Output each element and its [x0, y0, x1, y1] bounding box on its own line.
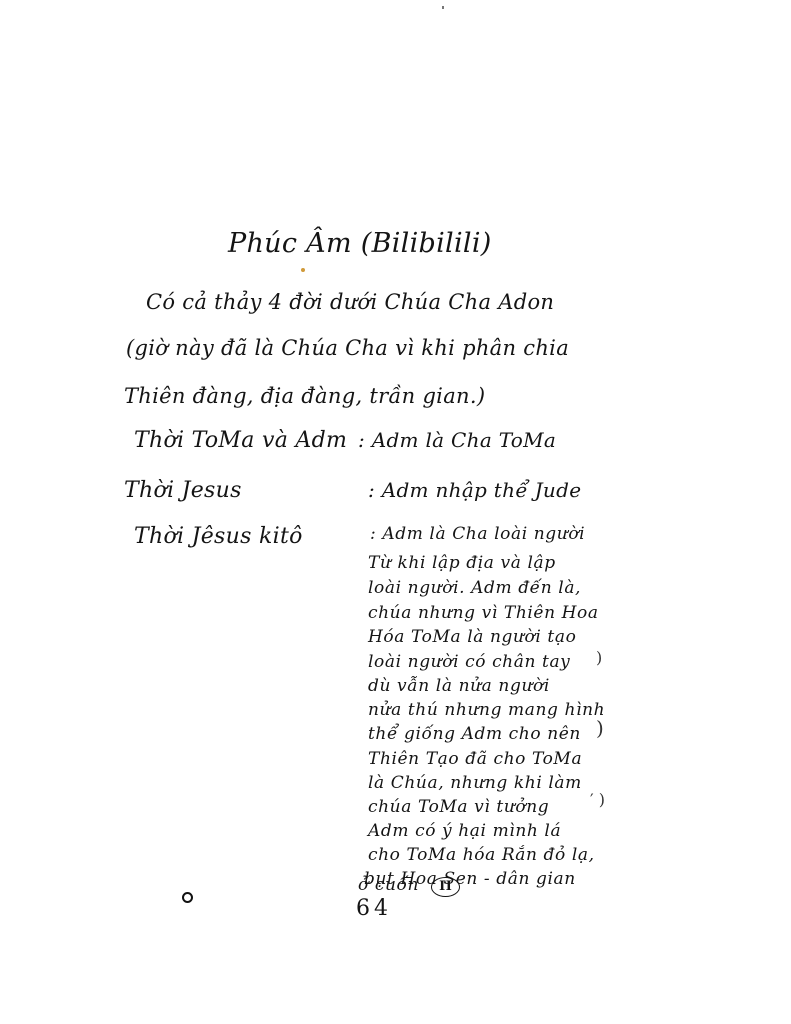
intro-line-2: (giờ này đã là Chúa Cha vì khi phân chia	[126, 336, 569, 360]
body-line: Thiên Tạo đã cho ToMa	[368, 749, 582, 769]
era-desc-jesus: : Adm nhập thể Jude	[368, 478, 581, 502]
body-line: nửa thú nhưng mang hình	[368, 700, 605, 720]
body-line: chúa ToMa vì tưởng	[368, 797, 549, 817]
body-line: là Chúa, nhưng khi làm	[368, 773, 582, 793]
body-line: cho ToMa hóa Rắn đỏ lạ,	[368, 845, 595, 865]
intro-line-3: Thiên đàng, địa đàng, trần gian.)	[124, 384, 485, 408]
era-label-jesus: Thời Jesus	[124, 478, 242, 503]
era-label-jesus-kito: Thời Jêsus kitô	[134, 524, 303, 549]
body-line: Adm có ý hại mình lá	[368, 821, 561, 841]
page-title: Phúc Âm (Bilibilili)	[228, 228, 492, 259]
page-number: 64	[356, 896, 392, 921]
era-label-toma-adm: Thời ToMa và Adm	[134, 428, 347, 453]
body-line: : Adm là Cha loài người	[370, 524, 585, 544]
margin-parenthesis: )	[596, 648, 602, 667]
scan-speck	[442, 6, 444, 9]
body-line: Từ khi lập địa và lập	[368, 553, 556, 573]
era-desc-toma-adm: : Adm là Cha ToMa	[358, 428, 556, 452]
volume-reference: ở cuốn II	[358, 875, 460, 897]
ink-spot	[301, 268, 305, 272]
circled-volume-number: II	[431, 877, 460, 897]
body-line: chúa nhưng vì Thiên Hoa	[368, 603, 599, 623]
body-line: loài người. Adm đến là,	[368, 578, 581, 598]
body-line: loài người có chân tay	[368, 652, 570, 672]
volume-reference-prefix: ở cuốn	[358, 875, 419, 895]
body-line: Hóa ToMa là người tạo	[368, 627, 576, 647]
handwritten-page: Phúc Âm (Bilibilili) Có cả thảy 4 đời dư…	[0, 0, 791, 1024]
ink-dot	[182, 892, 193, 903]
margin-parenthesis: )	[596, 716, 604, 740]
margin-parenthesis: ′ )	[590, 790, 605, 809]
body-line: dù vẫn là nửa người	[368, 676, 550, 696]
body-line: thể giống Adm cho nên	[368, 724, 581, 744]
intro-line-1: Có cả thảy 4 đời dưới Chúa Cha Adon	[146, 290, 554, 314]
